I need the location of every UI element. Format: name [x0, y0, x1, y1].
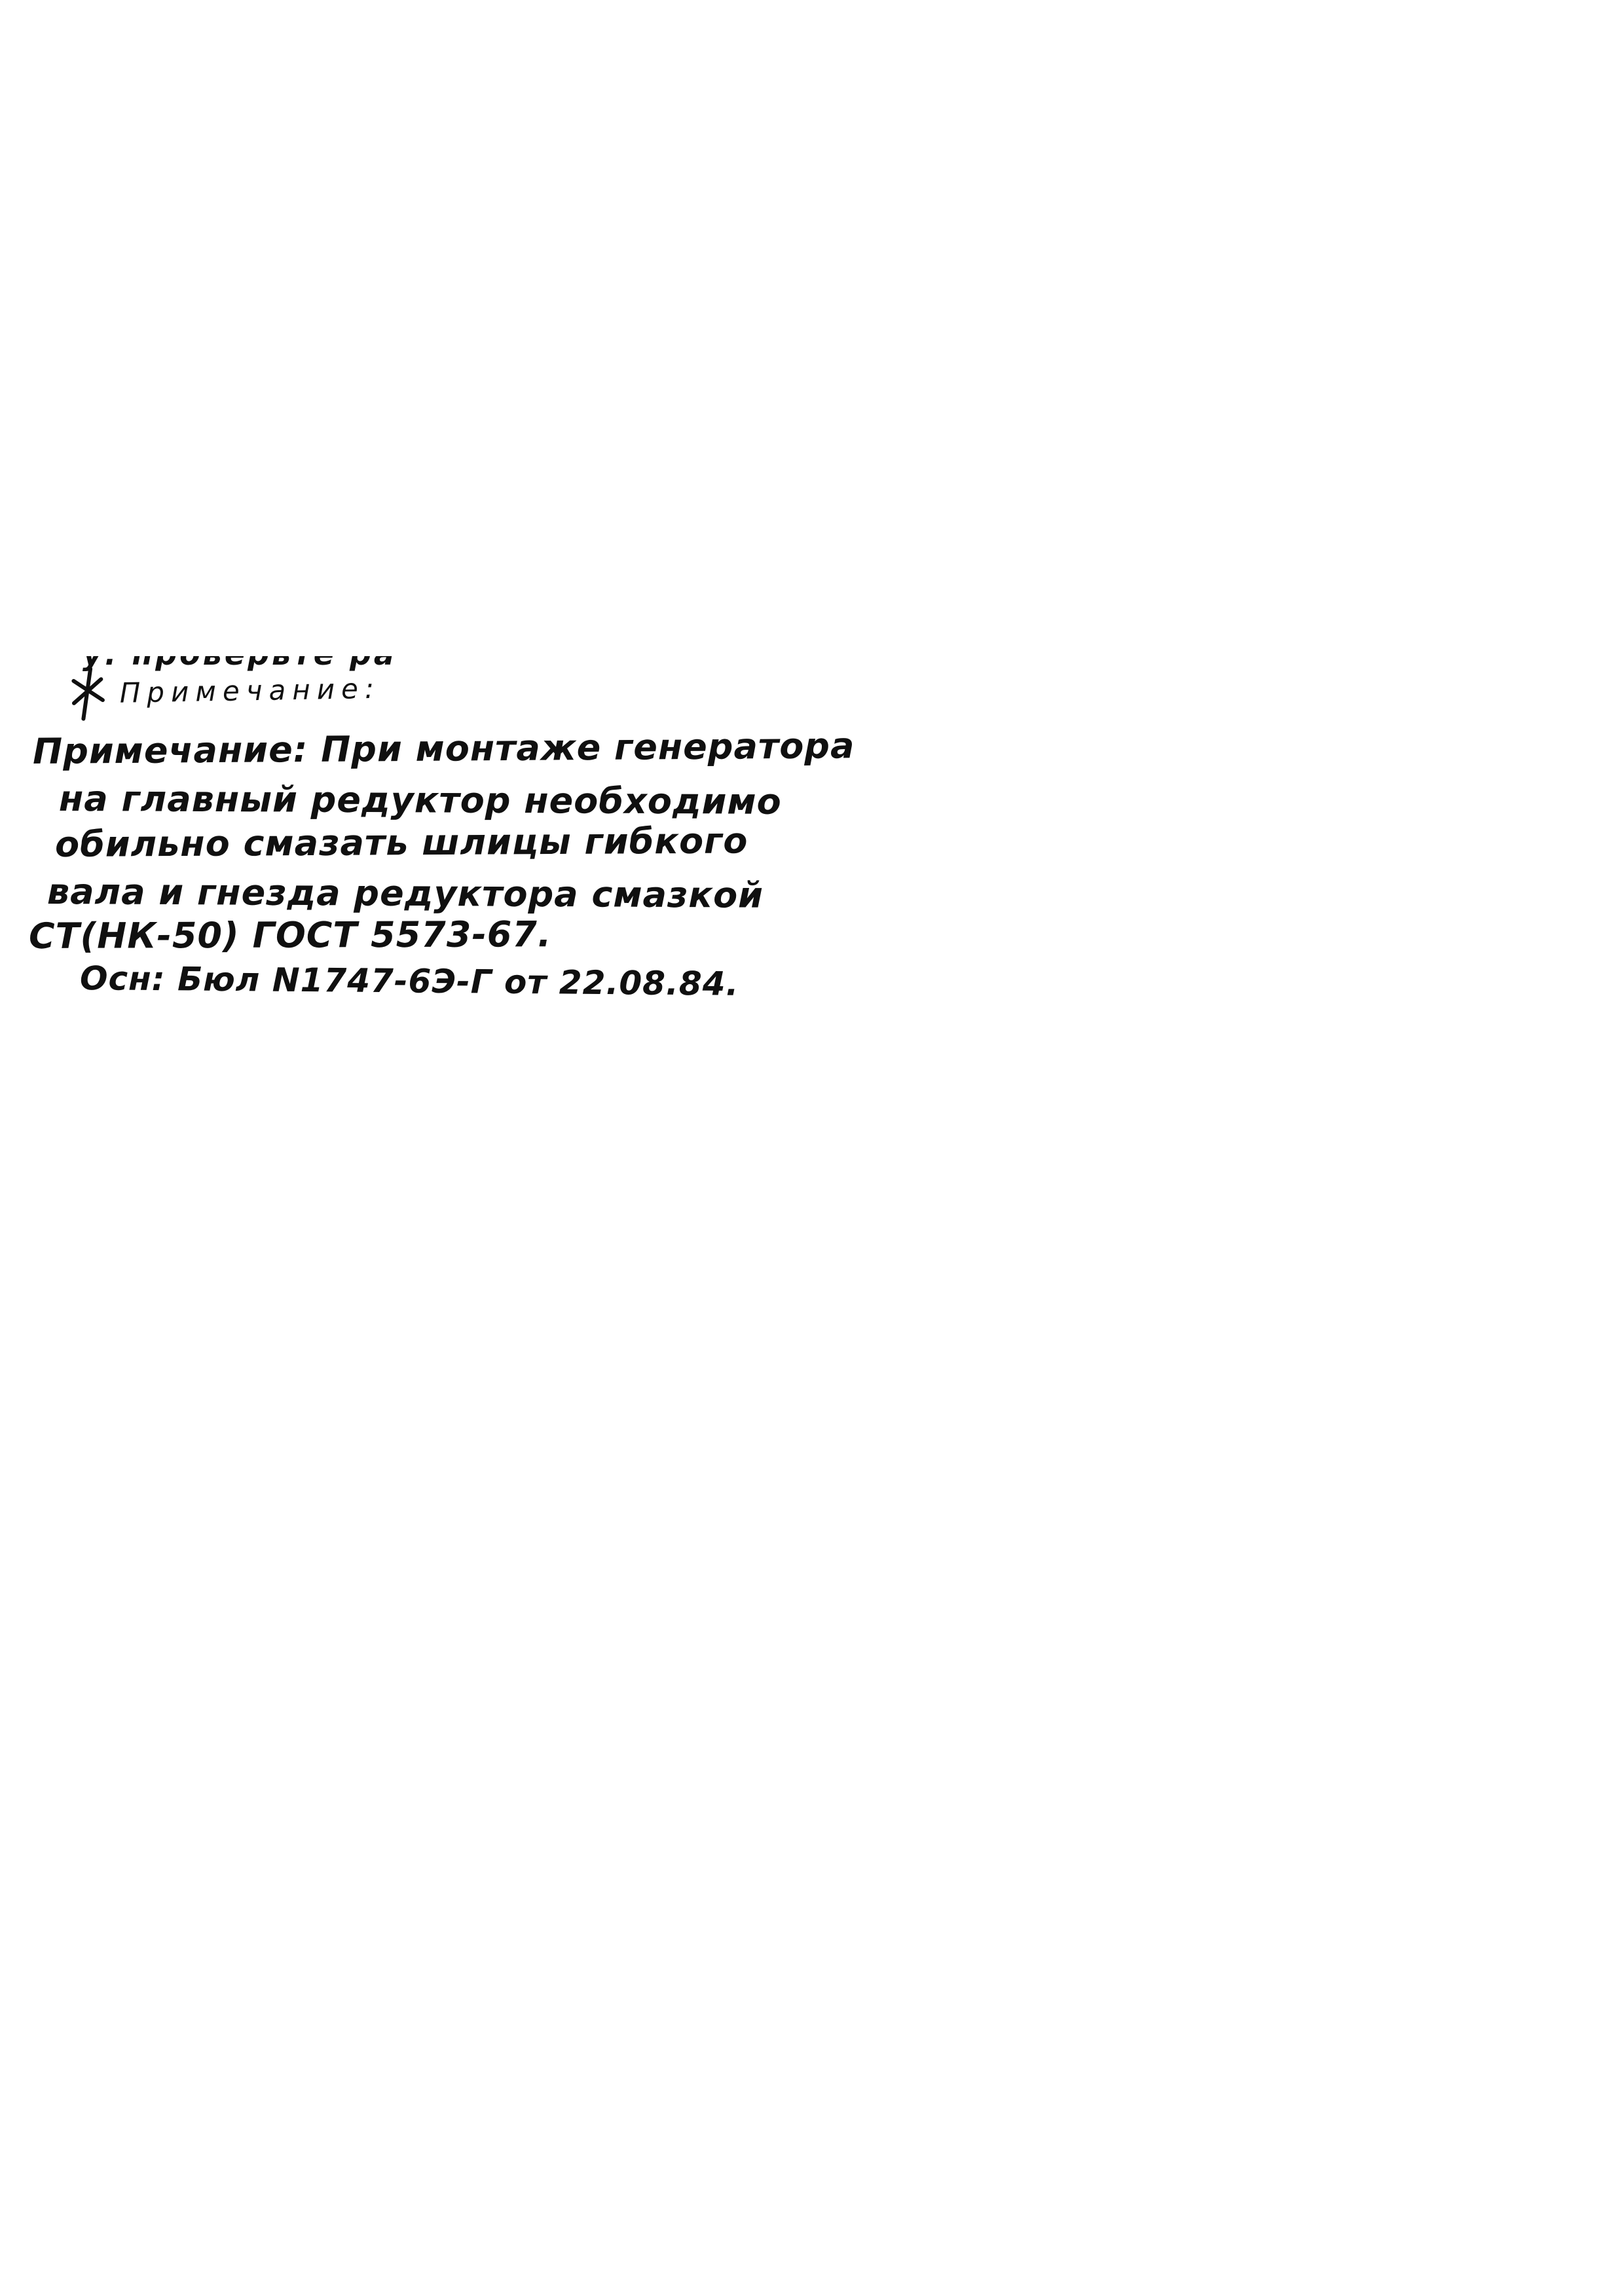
asterisk-icon [71, 666, 105, 722]
note-line: Осн: Бюл N1747-6Э-Г от 22.08.84. [80, 959, 739, 1004]
note-line: на главный редуктор необходимо [59, 779, 782, 822]
note-line: обильно смазать шлицы гибкого [55, 821, 748, 864]
note-line: СТ(НК-50) ГОСТ 5573-67. [29, 915, 552, 956]
note-line: Примечание: При монтаже генератора [33, 726, 855, 771]
note-line: вала и гнезда редуктора смазкой [47, 872, 764, 915]
note-annotation: Примечание: [71, 661, 381, 722]
note-annotation-label: Примечание: [119, 661, 381, 714]
scanned-page: у. проверьте работу Примечание: Примечан… [0, 0, 1624, 2284]
